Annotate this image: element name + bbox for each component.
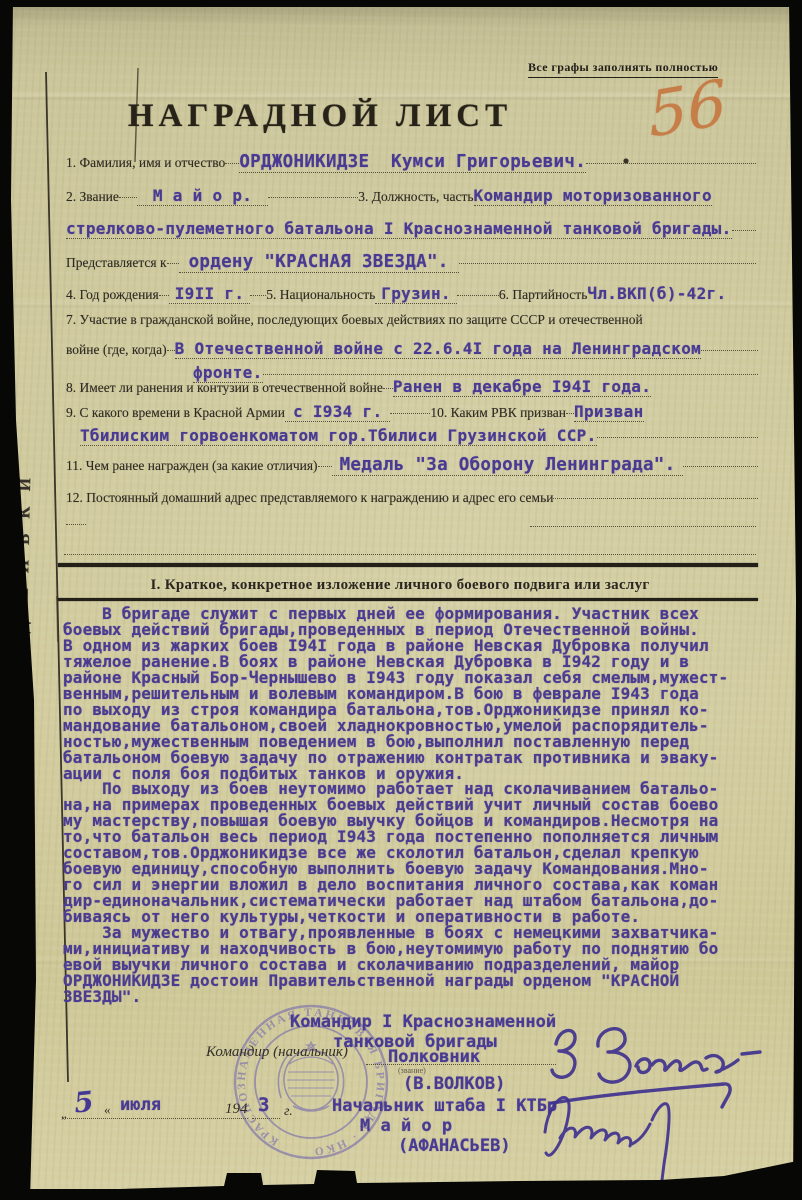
left-scan-edge [0, 0, 802, 1200]
scanned-award-sheet: Все графы заполнять полностью НАГРАДНОЙ … [0, 0, 802, 1200]
